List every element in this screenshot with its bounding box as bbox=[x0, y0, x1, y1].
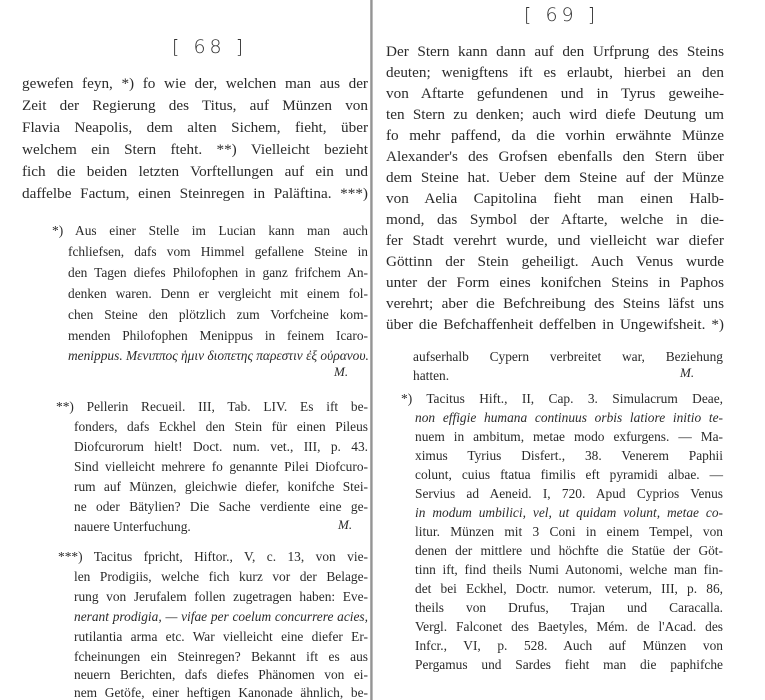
footnote-line: nem Getöfe, einer heftigen Kanonade ähnl… bbox=[74, 684, 368, 700]
text-line: Zeit der Regierung des Titus, auf Münzen… bbox=[22, 96, 368, 116]
text-line: verehrt; aber die Befchreibung des Stein… bbox=[386, 294, 724, 314]
book-spread: [ 68 ] gewefen feyn, *) fo wie der, welc… bbox=[0, 0, 765, 700]
footnote-line: Servius ad Aeneid. I, 720. Apud Cyprios … bbox=[415, 485, 723, 503]
footnote-line: non effigie humana continuus orbis latio… bbox=[415, 409, 723, 427]
footnote-line: tinn ift, find theils Numi Autonomi, wel… bbox=[415, 561, 723, 579]
footnote-line: menden Philofophen Menippus in feinem Ic… bbox=[68, 327, 368, 345]
footnote-line: Diofcurorum hielt! Doct. num. vet., III,… bbox=[74, 438, 368, 456]
page-number: [ 69 ] bbox=[524, 4, 599, 26]
footnote-line: fcheinungen ein Steinregen? Bekannt ift … bbox=[74, 648, 368, 666]
text-line: Alexander's des Grofsen ebenfalls den St… bbox=[386, 147, 724, 167]
text-line: fo mehr paffend, da die vorhin erwähnte … bbox=[386, 126, 724, 146]
footnote-line: colunt, cuius ftatua fimilis eft pyramid… bbox=[415, 466, 723, 484]
text-line: welchem ein Stern fteht. **) Vielleicht … bbox=[22, 140, 368, 160]
text-line: mond, das Symbol der Aftarte, welche in … bbox=[386, 210, 724, 230]
footnote-line: Pergamus und Sardes fieht man die paphif… bbox=[415, 656, 723, 674]
footnote-line: litur. Münzen mit 3 Coni in einem Tempel… bbox=[415, 523, 723, 541]
page-number: [ 68 ] bbox=[172, 36, 247, 58]
footnote-line: denen der mittlere und höchfte die Statü… bbox=[415, 542, 723, 560]
footnote-line: neuern Berichten, dafs diefes Phänomen v… bbox=[74, 666, 368, 684]
text-line: gewefen feyn, *) fo wie der, welchen man… bbox=[22, 74, 368, 94]
footnote-line: den Tagen diefes Philofophen in ganz fri… bbox=[68, 264, 368, 282]
footnote-line: nauere Unterfuchung. bbox=[74, 518, 274, 536]
footnote-line: nerant prodigia, — vifae per coelum conc… bbox=[74, 608, 368, 626]
text-line: deuten; wenigftens ift es erlaubt, hierb… bbox=[386, 63, 724, 83]
footnote-line: *) Aus einer Stelle im Lucian kann man a… bbox=[52, 222, 368, 240]
footnote-signature: M. bbox=[680, 365, 694, 381]
footnote-line: Vergl. Falconet des Baetyles, Mém. de l'… bbox=[415, 618, 723, 636]
book-gutter bbox=[370, 0, 373, 700]
footnote-signature: M. bbox=[334, 364, 348, 380]
text-line: Der Stern kann dann auf den Urfprung des… bbox=[386, 42, 724, 62]
footnote-line: ne oder Bätylien? Die Sache verdiente ei… bbox=[74, 498, 368, 516]
footnote-line: ximus Tyrius Disfert., 38. Venerem Paphi… bbox=[415, 447, 723, 465]
left-page: [ 68 ] gewefen feyn, *) fo wie der, welc… bbox=[0, 0, 372, 700]
footnote-line: theils von Drufus, Trajan und Caracalla. bbox=[415, 599, 723, 617]
text-line: dem Steine hat. Ueber dem Steine auf der… bbox=[386, 168, 724, 188]
footnote-line: Infcr., VI, p. 528. Auch auf Münzen von bbox=[415, 637, 723, 655]
right-page: [ 69 ] Der Stern kann dann auf den Urfpr… bbox=[374, 0, 765, 700]
footnote-line: **) Pellerin Recueil. III, Tab. LIV. Es … bbox=[56, 398, 368, 416]
footnote-line: rung von Jerufalem follen zugetragen hab… bbox=[74, 588, 368, 606]
footnote-line: in modum umbilici, vel, ut quidam volunt… bbox=[415, 504, 723, 522]
text-line: von Aftarte gefundenen und in Tyrus gewe… bbox=[386, 84, 724, 104]
footnote-line: fchliefsen, dafs vom Himmel gefallene St… bbox=[68, 243, 368, 261]
text-line: ten Stern zu denken; auch wird diefe Deu… bbox=[386, 105, 724, 125]
footnote-line: fonders, dafs Eckhel den Stein für einen… bbox=[74, 418, 368, 436]
footnote-line: Sind vielleicht mehrere fo genannte Pile… bbox=[74, 458, 368, 476]
footnote-line: aufserhalb Cypern verbreitet war, Bezieh… bbox=[413, 348, 723, 366]
footnote-line: det bei Eckhel, Doctr. numor. veterum, I… bbox=[415, 580, 723, 598]
text-line: fer Stadt verehrt wurde, und vielleicht … bbox=[386, 231, 724, 251]
footnote-line: rum auf Münzen, gleichwie diefer, konifc… bbox=[74, 478, 368, 496]
footnote-line: menippus. Μενιππος ἡμιν διοπετης παρεστι… bbox=[68, 347, 368, 365]
footnote-line: nuem in ambitum, metae modo exfurgens. —… bbox=[415, 428, 723, 446]
text-line: Flavia Neapolis, dem alten Sichem, fieht… bbox=[22, 118, 368, 138]
text-line: von Aelia Capitolina fieht man einen Hal… bbox=[386, 189, 724, 209]
footnote-signature: M. bbox=[338, 517, 352, 533]
footnote-line: ***) Tacitus fpricht, Hiftor., V, c. 13,… bbox=[58, 548, 368, 566]
text-line: daffelbe Factum, einen Steinregen in Pal… bbox=[22, 184, 368, 204]
text-line: unter der Form eines konifchen Steins in… bbox=[386, 273, 724, 293]
text-line: über die Befchaffenheit deffelben in Ung… bbox=[386, 315, 724, 335]
footnote-line: rutilantia arma etc. War vielleicht eine… bbox=[74, 628, 368, 646]
footnote-line: *) Tacitus Hift., II, Cap. 3. Simulacrum… bbox=[401, 390, 723, 408]
footnote-line: len Prodigiis, welche fich kurz vor der … bbox=[74, 568, 368, 586]
footnote-line: denken waren. Denn er vergleicht mit ein… bbox=[68, 285, 368, 303]
footnote-line: chen Steine den plötzlich zum Vorfcheine… bbox=[68, 306, 368, 324]
text-line: fich die beiden letzten Vorftellungen au… bbox=[22, 162, 368, 182]
text-line: Göttinn der Stein geheiligt. Auch Venus … bbox=[386, 252, 724, 272]
footnote-line: hatten. bbox=[413, 367, 473, 385]
